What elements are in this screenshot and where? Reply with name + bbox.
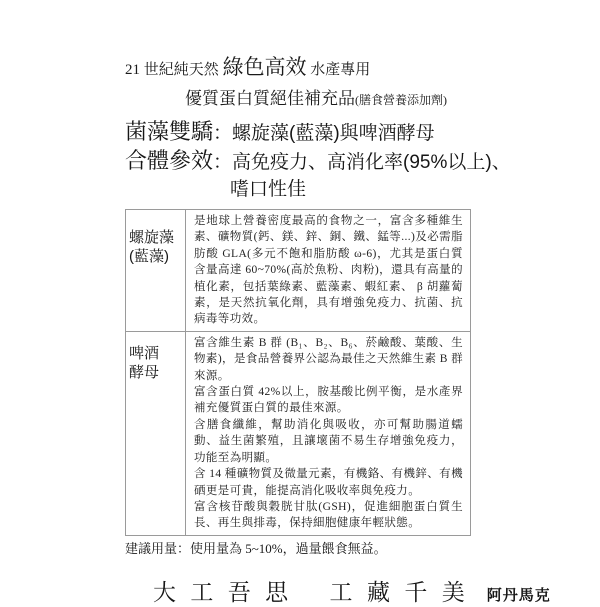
yeast-paragraph-1: 富含維生素 B 群 (B₁、B₂、B₆、菸鹼酸、葉酸、生物素)，是食品營養界公認…: [194, 335, 463, 384]
title-line-1: 21 世紀純天然 綠色高效 水產專用: [125, 55, 477, 83]
title2-paren: (膳食營養添加劑): [355, 93, 447, 107]
row-label-yeast: 啤酒 酵母: [126, 331, 186, 535]
heading-line-2: 合體參效：高免疫力、高消化率(95%以上)、: [125, 147, 477, 176]
yeast-paragraph-3: 含膳食纖維，幫助消化與吸收，亦可幫助腸道蠕動、益生菌繁殖，且讓壞菌不易生存增強免…: [194, 417, 463, 466]
yeast-paragraph-4: 含 14 種礦物質及微量元素，有機鉻、有機鋅、有機硒更是可貴，能提高消化吸收率與…: [194, 466, 463, 499]
usage-note: 建議用量：使用量為 5~10%，過量餵食無益。: [125, 540, 477, 558]
row-content-yeast: 富含維生素 B 群 (B₁、B₂、B₆、菸鹼酸、葉酸、生物素)，是食品營養界公認…: [186, 331, 471, 535]
heading-block: 菌藻雙驕：螺旋藻(藍藻)與啤酒酵母 合體參效：高免疫力、高消化率(95%以上)、…: [125, 118, 477, 203]
slogan-line: 大 工 吾 思 工 藏 千 美阿丹馬克: [153, 574, 477, 607]
heading2-label: 合體參效: [125, 148, 213, 173]
brand-name: 阿丹馬克: [487, 587, 551, 604]
row-label-spirulina: 螺旋藻 (藍藻): [126, 210, 186, 332]
row-content-spirulina: 是地球上營養密度最高的食物之一，富含多種維生素、礦物質(鈣、鎂、鋅、銅、鐵、錳等…: [186, 210, 471, 332]
title2-main: 優質蛋白質絕佳補充品: [185, 89, 355, 108]
product-info-table: 螺旋藻 (藍藻) 是地球上營養密度最高的食物之一，富含多種維生素、礦物質(鈣、鎂…: [125, 209, 471, 536]
title1-suffix: 水產專用: [310, 62, 370, 78]
table-row-spirulina: 螺旋藻 (藍藻) 是地球上營養密度最高的食物之一，富含多種維生素、礦物質(鈣、鎂…: [126, 210, 471, 332]
title-line-2: 優質蛋白質絕佳補充品(膳食營養添加劑): [185, 87, 477, 112]
heading-line-1: 菌藻雙驕：螺旋藻(藍藻)與啤酒酵母: [125, 118, 477, 147]
yeast-paragraph-2: 富含蛋白質 42%以上，胺基酸比例平衡，是水產界補充優質蛋白質的最佳來源。: [194, 384, 463, 417]
yeast-paragraph-5: 富含核苷酸與穀胱甘肽(GSH)，促進細胞蛋白質生長、再生與排毒，保持細胞健康年輕…: [194, 499, 463, 532]
heading1-rest: ：螺旋藻(藍藻)與啤酒酵母: [213, 123, 435, 144]
title1-highlight: 綠色高效: [223, 56, 307, 79]
heading1-label: 菌藻雙驕: [125, 119, 213, 144]
slogan-text: 大 工 吾 思 工 藏 千 美: [153, 579, 469, 605]
spirulina-paragraph: 是地球上營養密度最高的食物之一，富含多種維生素、礦物質(鈣、鎂、鋅、銅、鐵、錳等…: [194, 213, 463, 328]
document-page: 21 世紀純天然 綠色高效 水產專用 優質蛋白質絕佳補充品(膳食營養添加劑) 菌…: [125, 55, 477, 607]
heading2-rest: ：高免疫力、高消化率(95%以上)、: [213, 152, 511, 173]
table-row-yeast: 啤酒 酵母 富含維生素 B 群 (B₁、B₂、B₆、菸鹼酸、葉酸、生物素)，是食…: [126, 331, 471, 535]
heading-line-3: 嗜口性佳: [230, 176, 477, 203]
title1-prefix: 21 世紀純天然: [125, 62, 219, 78]
